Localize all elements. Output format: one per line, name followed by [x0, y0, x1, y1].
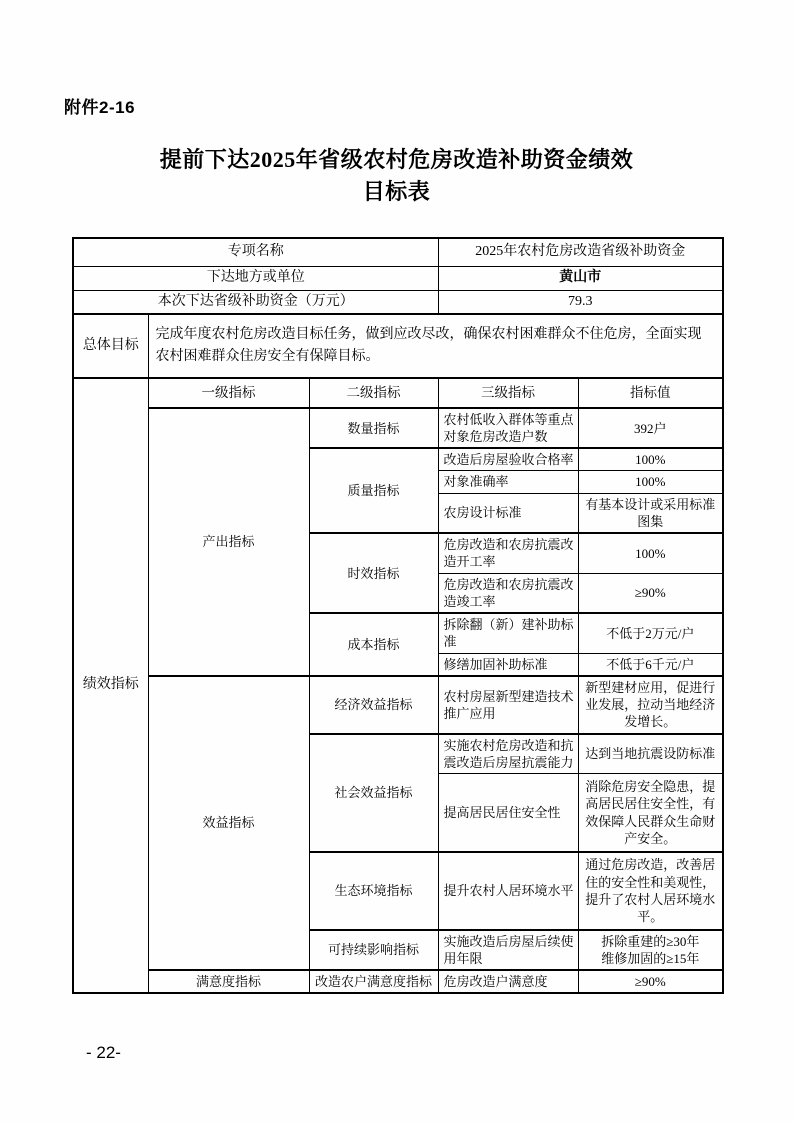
info-label-cell: 专项名称	[73, 238, 438, 266]
value-cell: 有基本设计或采用标准图集	[578, 493, 723, 533]
level3-cell: 农村房屋新型建造技术推广应用	[438, 676, 578, 734]
level2-cell: 数量指标	[309, 408, 438, 448]
level2-cell: 可持续影响指标	[309, 930, 438, 970]
level2-cell: 改造农户满意度指标	[309, 970, 438, 993]
level2-cell: 社会效益指标	[309, 734, 438, 852]
performance-target-table: 专项名称 2025年农村危房改造省级补助资金 下达地方或单位 黄山市 本次下达省…	[72, 237, 724, 994]
level3-cell: 修缮加固补助标准	[438, 653, 578, 676]
level2-cell: 成本指标	[309, 613, 438, 676]
indicators-section-label: 绩效指标	[73, 378, 148, 993]
level2-cell: 质量指标	[309, 448, 438, 533]
info-label-cell: 本次下达省级补助资金（万元）	[73, 290, 438, 314]
value-cell: 392户	[578, 408, 723, 448]
info-row-project-name: 专项名称 2025年农村危房改造省级补助资金	[73, 238, 723, 266]
overall-goal-label: 总体目标	[73, 314, 148, 378]
overall-goal-text: 完成年度农村危房改造目标任务，做到应改尽改，确保农村困难群众不住危房，全面实现农…	[148, 314, 723, 378]
level1-cell: 产出指标	[148, 408, 309, 676]
info-value-cell: 2025年农村危房改造省级补助资金	[438, 238, 723, 266]
level2-cell: 时效指标	[309, 533, 438, 613]
indicator-row: 满意度指标 改造农户满意度指标 危房改造户满意度 ≥90%	[73, 970, 723, 993]
level3-cell: 提高居民居住安全性	[438, 774, 578, 852]
value-cell: 新型建材应用，促进行业发展，拉动当地经济发增长。	[578, 676, 723, 734]
value-cell: 通过危房改造，改善居住的安全性和美观性，提升了农村人居环境水平。	[578, 852, 723, 930]
value-cell: 拆除重建的≥30年 维修加固的≥15年	[578, 930, 723, 970]
info-row-region: 下达地方或单位 黄山市	[73, 266, 723, 290]
info-value-cell: 79.3	[438, 290, 723, 314]
indicator-header-row: 绩效指标 一级指标 二级指标 三级指标 指标值	[73, 378, 723, 408]
header-value: 指标值	[578, 378, 723, 408]
header-level1: 一级指标	[148, 378, 309, 408]
level1-cell: 效益指标	[148, 676, 309, 970]
indicator-row: 效益指标 经济效益指标 农村房屋新型建造技术推广应用 新型建材应用，促进行业发展…	[73, 676, 723, 734]
level1-cell: 满意度指标	[148, 970, 309, 993]
level2-cell: 生态环境指标	[309, 852, 438, 930]
info-label-cell: 下达地方或单位	[73, 266, 438, 290]
value-cell: 不低于6千元/户	[578, 653, 723, 676]
attachment-label: 附件2-16	[64, 93, 135, 118]
level3-cell: 拆除翻（新）建补助标准	[438, 613, 578, 653]
value-cell: ≥90%	[578, 573, 723, 613]
level3-cell: 农房设计标准	[438, 493, 578, 533]
level3-cell: 对象准确率	[438, 471, 578, 493]
value-cell: 达到当地抗震设防标准	[578, 734, 723, 774]
indicator-row: 产出指标 数量指标 农村低收入群体等重点对象危房改造户数 392户	[73, 408, 723, 448]
level2-cell: 经济效益指标	[309, 676, 438, 734]
level3-cell: 农村低收入群体等重点对象危房改造户数	[438, 408, 578, 448]
overall-goal-row: 总体目标 完成年度农村危房改造目标任务，做到应改尽改，确保农村困难群众不住危房，…	[73, 314, 723, 378]
value-cell: 消除危房安全隐患，提高居民居住安全性，有效保障人民群众生命财产安全。	[578, 774, 723, 852]
document-title-line1: 提前下达2025年省级农村危房改造补助资金绩效	[160, 147, 634, 172]
info-row-amount: 本次下达省级补助资金（万元） 79.3	[73, 290, 723, 314]
level3-cell: 危房改造和农房抗震改造竣工率	[438, 573, 578, 613]
level3-cell: 实施农村危房改造和抗震改造后房屋抗震能力	[438, 734, 578, 774]
value-cell: 100%	[578, 533, 723, 573]
value-cell: 不低于2万元/户	[578, 613, 723, 653]
header-level3: 三级指标	[438, 378, 578, 408]
document-page: 附件2-16 提前下达2025年省级农村危房改造补助资金绩效 目标表 专项名称 …	[0, 0, 793, 1122]
header-level2: 二级指标	[309, 378, 438, 408]
value-cell: 100%	[578, 448, 723, 471]
level3-cell: 提升农村人居环境水平	[438, 852, 578, 930]
document-title-line2: 目标表	[363, 179, 431, 204]
info-value-cell: 黄山市	[438, 266, 723, 290]
level3-cell: 危房改造户满意度	[438, 970, 578, 993]
level3-cell: 危房改造和农房抗震改造开工率	[438, 533, 578, 573]
page-number: - 22-	[86, 1043, 121, 1063]
document-title: 提前下达2025年省级农村危房改造补助资金绩效 目标表	[0, 144, 793, 208]
level3-cell: 实施改造后房屋后续使用年限	[438, 930, 578, 970]
value-cell: 100%	[578, 471, 723, 493]
level3-cell: 改造后房屋验收合格率	[438, 448, 578, 471]
value-cell: ≥90%	[578, 970, 723, 993]
